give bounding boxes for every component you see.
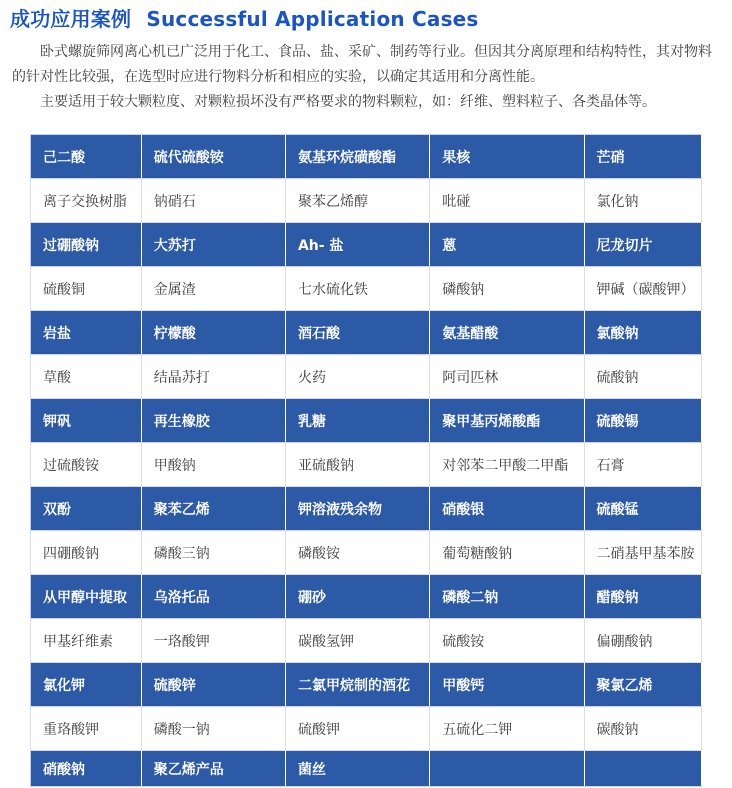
table-cell: 离子交换树脂 xyxy=(31,179,142,223)
table-cell: 氯化钠 xyxy=(584,179,701,223)
table-cell: 磷酸铵 xyxy=(285,531,429,575)
application-table: 己二酸硫代硫酸铵氨基环烷磺酸酯果核芒硝离子交换树脂钠硝石聚苯乙烯醇吡碰氯化钠过硼… xyxy=(30,134,702,787)
table-cell: 酒石酸 xyxy=(285,311,429,355)
intro-paragraph-2: 主要适用于较大颗粒度、对颗粒损坏没有严格要求的物料颗粒，如：纤维、塑料粒子、各类… xyxy=(12,90,716,115)
table-cell: 亚硫酸钠 xyxy=(285,443,429,487)
page-title: 成功应用案例 Successful Application Cases xyxy=(10,6,714,32)
page: 成功应用案例 Successful Application Cases 卧式螺旋… xyxy=(0,0,732,788)
table-cell: 二氯甲烷制的酒花 xyxy=(285,663,429,707)
table-cell: 一珞酸钾 xyxy=(141,619,285,663)
table-cell: 对邻苯二甲酸二甲酯 xyxy=(430,443,584,487)
table-cell: 硫酸钠 xyxy=(584,355,701,399)
table-cell: 阿司匹林 xyxy=(430,355,584,399)
table-cell: 硝酸银 xyxy=(430,487,584,531)
table-row: 草酸结晶苏打火药阿司匹林硫酸钠 xyxy=(31,355,702,399)
table-row: 硫酸铜金属渣七水硫化铁磷酸钠钾碱（碳酸钾） xyxy=(31,267,702,311)
page-title-zh: 成功应用案例 xyxy=(10,7,131,31)
intro-text: 卧式螺旋筛网离心机已广泛用于化工、食品、盐、采矿、制药等行业。但因其分离原理和结… xyxy=(12,40,716,115)
table-cell: 从甲醇中提取 xyxy=(31,575,142,619)
table-cell: 四硼酸钠 xyxy=(31,531,142,575)
table-cell: 甲酸钠 xyxy=(141,443,285,487)
table-row: 甲基纤维素一珞酸钾碳酸氢钾硫酸铵偏硼酸钠 xyxy=(31,619,702,663)
table-cell: 磷酸三钠 xyxy=(141,531,285,575)
table-cell: 硫酸锡 xyxy=(584,399,701,443)
table-row: 氯化钾硫酸锌二氯甲烷制的酒花甲酸钙聚氯乙烯 xyxy=(31,663,702,707)
table-cell: 蒽 xyxy=(430,223,584,267)
table-cell: 五硫化二钾 xyxy=(430,707,584,751)
table-cell: 乳糖 xyxy=(285,399,429,443)
table-cell: 金属渣 xyxy=(141,267,285,311)
table-cell xyxy=(430,751,584,787)
application-table-wrap: 己二酸硫代硫酸铵氨基环烷磺酸酯果核芒硝离子交换树脂钠硝石聚苯乙烯醇吡碰氯化钠过硼… xyxy=(30,134,702,787)
table-cell: 聚氯乙烯 xyxy=(584,663,701,707)
table-cell: 氯化钾 xyxy=(31,663,142,707)
table-cell: 七水硫化铁 xyxy=(285,267,429,311)
table-row: 过硫酸铵甲酸钠亚硫酸钠对邻苯二甲酸二甲酯石膏 xyxy=(31,443,702,487)
application-table-body: 己二酸硫代硫酸铵氨基环烷磺酸酯果核芒硝离子交换树脂钠硝石聚苯乙烯醇吡碰氯化钠过硼… xyxy=(31,135,702,787)
table-cell: 磷酸二钠 xyxy=(430,575,584,619)
table-row: 岩盐柠檬酸酒石酸氨基醋酸氯酸钠 xyxy=(31,311,702,355)
table-cell: 氯酸钠 xyxy=(584,311,701,355)
table-cell: Ah- 盐 xyxy=(285,223,429,267)
table-cell: 硫酸钾 xyxy=(285,707,429,751)
table-cell: 甲酸钙 xyxy=(430,663,584,707)
table-row: 离子交换树脂钠硝石聚苯乙烯醇吡碰氯化钠 xyxy=(31,179,702,223)
table-cell: 钠硝石 xyxy=(141,179,285,223)
table-cell: 硫代硫酸铵 xyxy=(141,135,285,179)
table-cell: 大苏打 xyxy=(141,223,285,267)
table-cell: 双酚 xyxy=(31,487,142,531)
table-cell: 聚苯乙烯 xyxy=(141,487,285,531)
table-cell: 柠檬酸 xyxy=(141,311,285,355)
table-cell: 氨基环烷磺酸酯 xyxy=(285,135,429,179)
table-cell: 硫酸铵 xyxy=(430,619,584,663)
table-cell: 聚甲基丙烯酸酯 xyxy=(430,399,584,443)
table-row: 双酚聚苯乙烯钾溶液残余物硝酸银硫酸锰 xyxy=(31,487,702,531)
table-cell: 乌洛托品 xyxy=(141,575,285,619)
table-cell: 果核 xyxy=(430,135,584,179)
table-cell: 聚苯乙烯醇 xyxy=(285,179,429,223)
table-cell: 硫酸锰 xyxy=(584,487,701,531)
table-cell: 硼砂 xyxy=(285,575,429,619)
table-cell: 结晶苏打 xyxy=(141,355,285,399)
table-cell: 葡萄糖酸钠 xyxy=(430,531,584,575)
table-cell: 偏硼酸钠 xyxy=(584,619,701,663)
table-row: 硝酸钠聚乙烯产品菌丝 xyxy=(31,751,702,787)
page-title-en: Successful Application Cases xyxy=(146,7,478,31)
table-row: 从甲醇中提取乌洛托品硼砂磷酸二钠醋酸钠 xyxy=(31,575,702,619)
table-cell: 尼龙切片 xyxy=(584,223,701,267)
table-cell: 石膏 xyxy=(584,443,701,487)
table-cell: 过硼酸钠 xyxy=(31,223,142,267)
table-row: 钾矾再生橡胶乳糖聚甲基丙烯酸酯硫酸锡 xyxy=(31,399,702,443)
table-cell xyxy=(584,751,701,787)
intro-paragraph-1: 卧式螺旋筛网离心机已广泛用于化工、食品、盐、采矿、制药等行业。但因其分离原理和结… xyxy=(12,40,716,90)
table-cell: 磷酸一钠 xyxy=(141,707,285,751)
table-cell: 甲基纤维素 xyxy=(31,619,142,663)
table-cell: 碳酸钠 xyxy=(584,707,701,751)
table-row: 四硼酸钠磷酸三钠磷酸铵葡萄糖酸钠二硝基甲基苯胺 xyxy=(31,531,702,575)
table-cell: 氨基醋酸 xyxy=(430,311,584,355)
table-cell: 火药 xyxy=(285,355,429,399)
table-cell: 菌丝 xyxy=(285,751,429,787)
table-cell: 过硫酸铵 xyxy=(31,443,142,487)
table-row: 重珞酸钾磷酸一钠硫酸钾五硫化二钾碳酸钠 xyxy=(31,707,702,751)
table-cell: 磷酸钠 xyxy=(430,267,584,311)
table-cell: 再生橡胶 xyxy=(141,399,285,443)
table-cell: 硫酸铜 xyxy=(31,267,142,311)
table-cell: 吡碰 xyxy=(430,179,584,223)
table-cell: 醋酸钠 xyxy=(584,575,701,619)
table-cell: 己二酸 xyxy=(31,135,142,179)
table-cell: 碳酸氢钾 xyxy=(285,619,429,663)
table-cell: 重珞酸钾 xyxy=(31,707,142,751)
table-row: 过硼酸钠大苏打Ah- 盐蒽尼龙切片 xyxy=(31,223,702,267)
table-cell: 钾碱（碳酸钾） xyxy=(584,267,701,311)
table-cell: 草酸 xyxy=(31,355,142,399)
table-cell: 钾矾 xyxy=(31,399,142,443)
table-cell: 芒硝 xyxy=(584,135,701,179)
table-cell: 硫酸锌 xyxy=(141,663,285,707)
table-cell: 钾溶液残余物 xyxy=(285,487,429,531)
table-cell: 二硝基甲基苯胺 xyxy=(584,531,701,575)
table-cell: 岩盐 xyxy=(31,311,142,355)
table-cell: 硝酸钠 xyxy=(31,751,142,787)
table-row: 己二酸硫代硫酸铵氨基环烷磺酸酯果核芒硝 xyxy=(31,135,702,179)
table-cell: 聚乙烯产品 xyxy=(141,751,285,787)
